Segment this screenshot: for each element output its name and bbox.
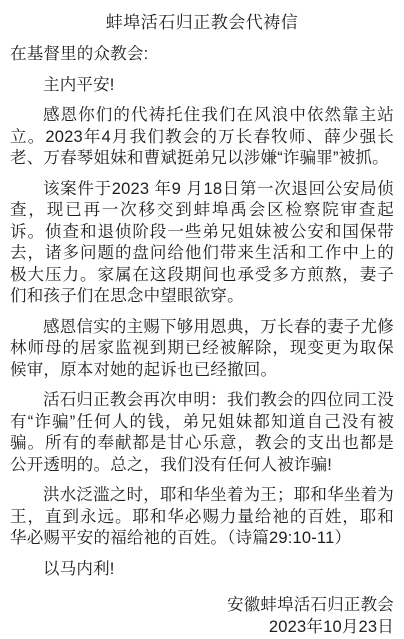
paragraph-church-statement: 活石归正教会再次申明：我们教会的四位同工没有“诈骗”任何人的钱，弟兄姐妹都知道自… bbox=[10, 390, 394, 476]
date: 2023年10月23日 bbox=[10, 616, 394, 638]
prayer-letter-document: 蚌埠活石归正教会代祷信 在基督里的众教会: 主内平安! 感恩你们的代祷托住我们在… bbox=[0, 0, 404, 639]
signature: 安徽蚌埠活石归正教会 bbox=[10, 594, 394, 616]
paragraph-thanksgiving-arrest: 感恩你们的代祷托住我们在风浪中依然靠主站立。2023年4月我们教会的万长春牧师、… bbox=[10, 105, 394, 170]
greeting: 主内平安! bbox=[10, 75, 394, 97]
document-title: 蚌埠活石归正教会代祷信 bbox=[10, 12, 394, 34]
paragraph-wife-release: 感恩信实的主赐下够用恩典，万长春的妻子尤修林师母的居家监视到期已经被解除，现变更… bbox=[10, 317, 394, 382]
salutation: 在基督里的众教会: bbox=[10, 44, 394, 66]
closing: 以马内利! bbox=[10, 559, 394, 581]
paragraph-case-status: 该案件于2023 年9 月18日第一次退回公安局侦查，现已再一次移交到蚌埠禹会区… bbox=[10, 179, 394, 308]
signature-block: 安徽蚌埠活石归正教会 2023年10月23日 bbox=[10, 594, 394, 638]
paragraph-scripture-quote: 洪水泛滥之时，耶和华坐着为王；耶和华坐着为王，直到永远。耶和华必赐力量给祂的百姓… bbox=[10, 485, 394, 550]
